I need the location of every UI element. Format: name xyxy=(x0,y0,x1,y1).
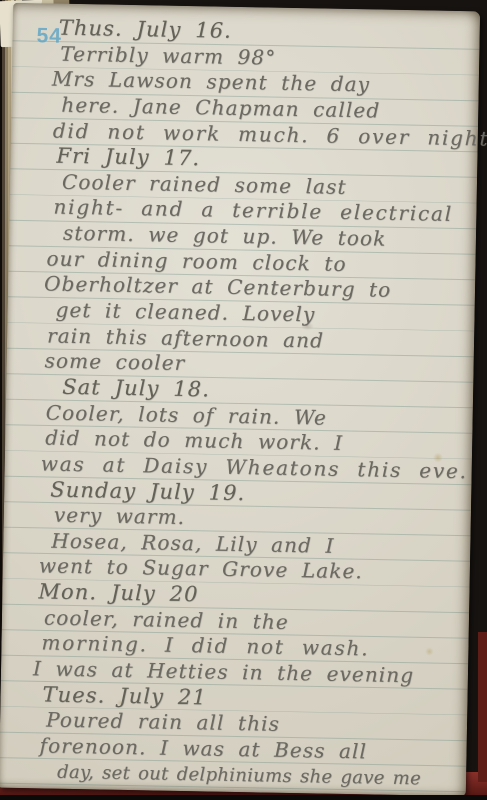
photo-bottom-shadow xyxy=(0,795,487,800)
diary-text: Thus. July 16. Terribly warm 98° Mrs Law… xyxy=(35,15,474,792)
book-cover-right xyxy=(478,632,487,782)
diary-photo: 54 Thus. July 16. Terribly warm 98° Mrs … xyxy=(0,0,487,800)
notebook-page: 54 Thus. July 16. Terribly warm 98° Mrs … xyxy=(0,3,480,796)
